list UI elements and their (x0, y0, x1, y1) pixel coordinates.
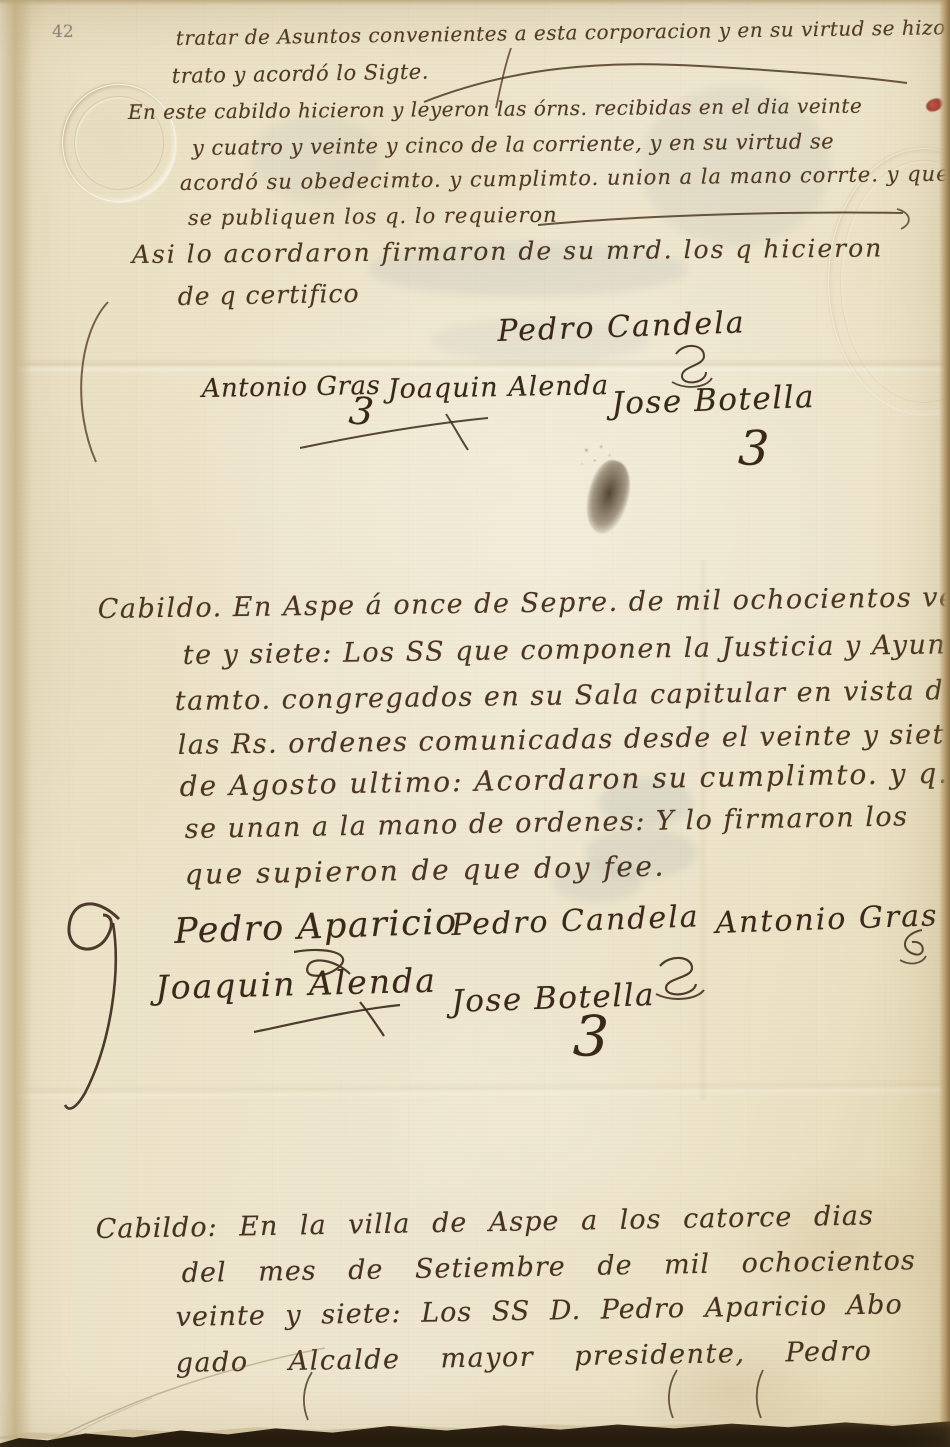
signature-rubric-knot (666, 338, 716, 388)
signature-pedro-candela: Pedro Candela (497, 305, 746, 349)
signature-antonio-gras: Antonio Gras (715, 898, 939, 941)
handwritten-line: que supieron de que doy fee. (184, 850, 666, 891)
manuscript-page: 42 tratar de Asuntos convenientes a esta… (0, 0, 950, 1447)
handwritten-line: se unan a la mano de ordenes: Y lo firma… (184, 801, 908, 845)
margin-flourish (68, 298, 116, 468)
ink-blot-icon (560, 438, 660, 553)
handwritten-line: de q certifico (177, 279, 359, 311)
handwritten-line: de Agosto ultimo: Acordaron su cumplimto… (179, 757, 949, 803)
flourish-rule (535, 203, 923, 233)
signature-rubric-3: 3 (572, 1004, 610, 1070)
signature-joaquin-alenda: Joaquin Alenda (387, 370, 609, 405)
signature-strike-flourish (252, 1000, 404, 1042)
bottom-torn-paper-band (0, 1413, 950, 1439)
handwritten-line: Cabildo. En Aspe á once de Sepre. de mil… (98, 582, 950, 625)
handwritten-line: tamto. congregados en su Sala capitular … (175, 675, 950, 717)
handwritten-line: Cabildo: En la villa de Aspe a los cator… (95, 1200, 874, 1245)
fold-crease (0, 1079, 950, 1102)
handwritten-line: del mes de Setiembre de mil ochocientos (181, 1245, 915, 1289)
signature-rubric-3: 3 (347, 388, 376, 434)
handwritten-line: veinte y siete: Los SS D. Pedro Aparicio… (175, 1289, 903, 1333)
top-edge (0, 0, 950, 5)
handwritten-line: te y siete: Los SS que componen la Justi… (183, 629, 947, 671)
signature-joaquin-alenda: Joaquin Alenda (155, 961, 437, 1007)
signature-jose-botella: Jose Botella (451, 977, 656, 1020)
signature-jose-botella: Jose Botella (611, 379, 816, 422)
paraph-flourish (55, 893, 151, 1123)
left-torn-edge (0, 0, 32, 1447)
handwritten-line: gado Alcalde mayor presidente, Pedro (175, 1336, 872, 1379)
signature-pedro-candela: Pedro Candela (451, 899, 700, 943)
signature-strike-flourish (298, 412, 494, 456)
signature-rubric-3: 3 (737, 420, 770, 478)
handwritten-line: tratar de Asuntos convenientes a esta co… (176, 15, 946, 50)
handwritten-line: las Rs. ordenes comunicadas desde el vei… (178, 719, 950, 761)
bottom-dark-torn-edge (0, 1417, 950, 1447)
handwritten-line: trato y acordó lo Sigte. (172, 60, 430, 88)
stray-stroke (298, 1370, 316, 1422)
red-wax-spot-icon (925, 97, 945, 114)
signature-rubric-knot (648, 950, 714, 998)
handwritten-line: En este cabildo hicieron y leyeron las ó… (128, 94, 863, 124)
stray-stroke (750, 1368, 768, 1420)
handwritten-line: acordó su obedecimto. y cumplimto. union… (180, 162, 950, 195)
handwritten-line: y cuatro y veinte y cinco de la corrient… (192, 129, 834, 160)
handwritten-line: se publiquen los q. lo requieron (188, 203, 558, 230)
stray-stroke (663, 1368, 681, 1420)
signature-pedro-aparicio: Pedro Aparicio (174, 902, 459, 952)
handwritten-line: Asi lo acordaron firmaron de su mrd. los… (132, 233, 884, 269)
pencil-folio-note: 42 (52, 22, 74, 42)
embossed-seal-faint-icon (828, 148, 950, 415)
